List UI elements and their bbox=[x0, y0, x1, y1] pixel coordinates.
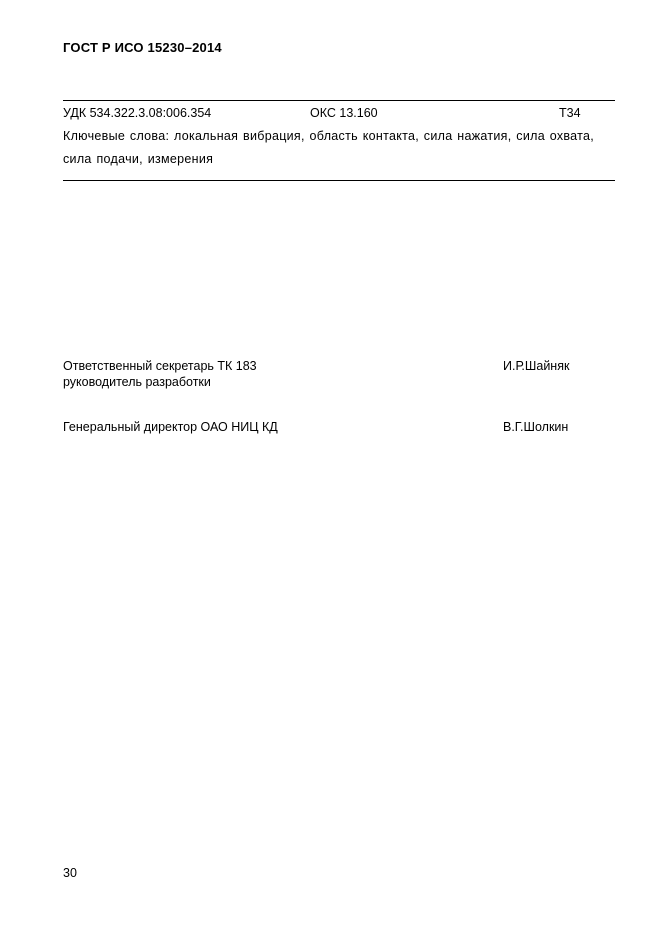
top-divider bbox=[63, 100, 615, 101]
signatory-2-name: В.Г.Шолкин bbox=[503, 420, 568, 434]
signatory-2-role: Генеральный директор ОАО НИЦ КД bbox=[63, 420, 278, 434]
udk-code: УДК 534.322.3.08:006.354 bbox=[63, 106, 211, 120]
keywords-line-1: Ключевые слова: локальная вибрация, обла… bbox=[63, 129, 594, 143]
signatory-1-name: И.Р.Шайняк bbox=[503, 359, 569, 373]
bottom-divider bbox=[63, 180, 615, 181]
classification-code: Т34 bbox=[559, 106, 581, 120]
signatory-1-role: Ответственный секретарь ТК 183 bbox=[63, 359, 257, 373]
oks-code: ОКС 13.160 bbox=[310, 106, 378, 120]
standard-id: ГОСТ Р ИСО 15230–2014 bbox=[63, 40, 222, 55]
keywords-line-2: сила подачи, измерения bbox=[63, 152, 213, 166]
signatory-1-role-2: руководитель разработки bbox=[63, 375, 211, 389]
page-number: 30 bbox=[63, 866, 77, 880]
